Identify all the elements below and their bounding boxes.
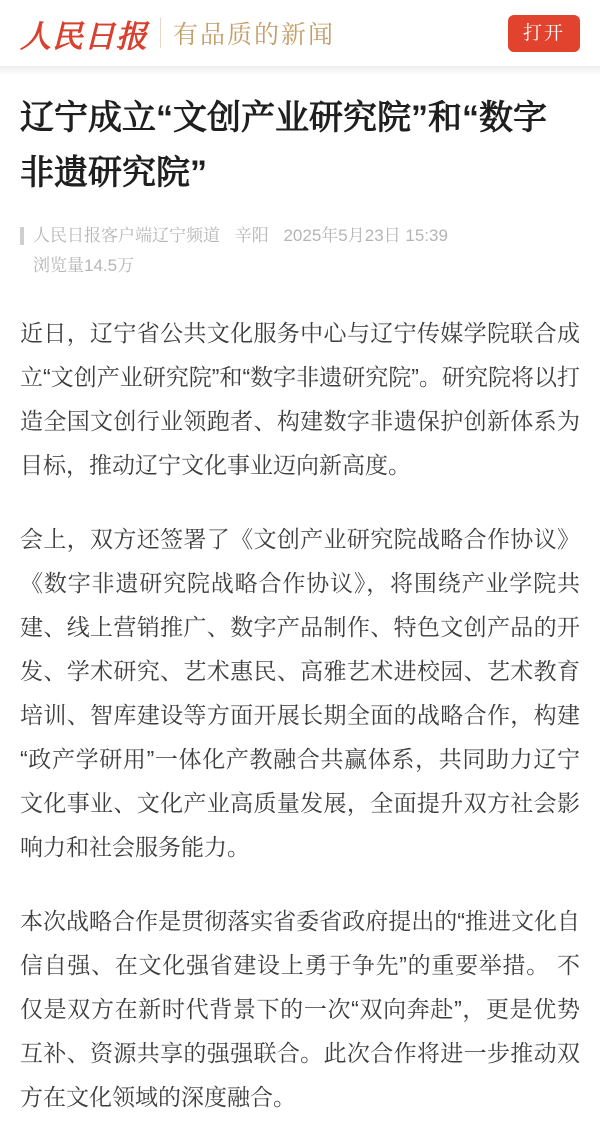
view-count: 浏览量14.5万: [33, 251, 580, 281]
paragraph: 会上，双方还签署了《文创产业研究院战略合作协议》《数字非遗研究院战略合作协议》，…: [20, 517, 580, 869]
app-banner: 人民日报 有品质的新闻 打开: [0, 0, 600, 66]
meta-accent-bar: [20, 227, 24, 245]
open-app-button[interactable]: 打开: [508, 15, 580, 52]
article-datetime: 2025年5月23日 15:39: [283, 226, 447, 245]
banner-divider: [160, 18, 161, 48]
banner-tagline: 有品质的新闻: [173, 15, 335, 51]
article-author: 辛阳: [235, 226, 269, 245]
article-title: 辽宁成立“文创产业研究院”和“数字非遗研究院”: [20, 91, 580, 201]
article: 辽宁成立“文创产业研究院”和“数字非遗研究院” 人民日报客户端辽宁频道 辛阳 2…: [0, 91, 600, 1119]
news-article-page: { "header": { "logo_text": "人民日报", "tagl…: [0, 0, 600, 1123]
byline: 人民日报客户端辽宁频道 辛阳 2025年5月23日 15:39: [33, 221, 580, 251]
paragraph: 本次战略合作是贯彻落实省委省政府提出的“推进文化自信自强、在文化强省建设上勇于争…: [20, 899, 580, 1119]
article-source: 人民日报客户端辽宁频道: [33, 226, 220, 245]
banner-shadow: [0, 66, 600, 75]
paragraph: 近日，辽宁省公共文化服务中心与辽宁传媒学院联合成立“文创产业研究院”和“数字非遗…: [20, 311, 580, 487]
article-meta: 人民日报客户端辽宁频道 辛阳 2025年5月23日 15:39 浏览量14.5万: [20, 221, 580, 281]
peoples-daily-logo[interactable]: 人民日报: [20, 11, 148, 56]
article-body: 近日，辽宁省公共文化服务中心与辽宁传媒学院联合成立“文创产业研究院”和“数字非遗…: [20, 311, 580, 1119]
